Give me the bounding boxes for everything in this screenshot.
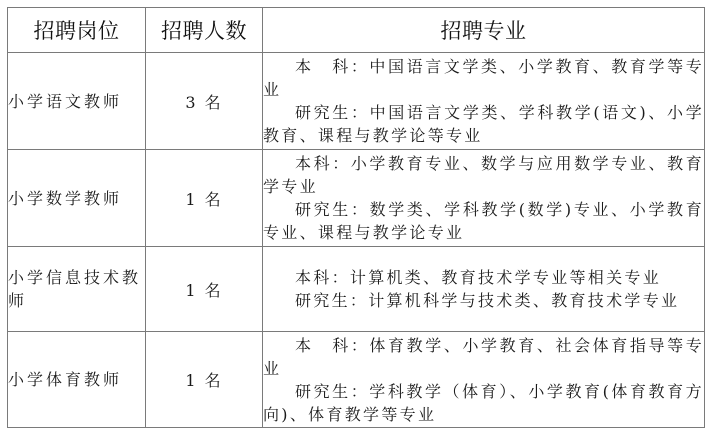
- table-row: 小学体育教师 1 名 本 科：体育教学、小学教育、社会体育指导等专业 研究生：学…: [8, 332, 705, 428]
- position-cell: 小学数学教师: [8, 150, 146, 247]
- major-undergrad: 本 科：体育教学、小学教育、社会体育指导等专业: [263, 334, 704, 380]
- major-graduate: 研究生：计算机科学与技术类、教育技术学专业: [263, 289, 704, 312]
- position-cell: 小学体育教师: [8, 332, 146, 428]
- table-row: 小学数学教师 1 名 本科：小学教育专业、数学与应用数学专业、教育学专业 研究生…: [8, 150, 705, 247]
- count-cell: 1 名: [146, 332, 263, 428]
- position-cell: 小学语文教师: [8, 53, 146, 150]
- header-count: 招聘人数: [146, 8, 263, 53]
- count-cell: 1 名: [146, 247, 263, 332]
- table-row: 小学信息技术教师 1 名 本科：计算机类、教育技术学专业等相关专业 研究生：计算…: [8, 247, 705, 332]
- major-undergrad: 本科：计算机类、教育技术学专业等相关专业: [263, 266, 704, 289]
- major-undergrad: 本 科：中国语言文学类、小学教育、教育学等专业: [263, 55, 704, 101]
- major-cell: 本 科：体育教学、小学教育、社会体育指导等专业 研究生：学科教学（体育）、小学教…: [263, 332, 705, 428]
- table-row: 小学语文教师 3 名 本 科：中国语言文学类、小学教育、教育学等专业 研究生：中…: [8, 53, 705, 150]
- header-major: 招聘专业: [263, 8, 705, 53]
- position-cell: 小学信息技术教师: [8, 247, 146, 332]
- count-cell: 1 名: [146, 150, 263, 247]
- recruitment-table: 招聘岗位 招聘人数 招聘专业 小学语文教师 3 名 本 科：中国语言文学类、小学…: [7, 7, 705, 428]
- header-position: 招聘岗位: [8, 8, 146, 53]
- major-graduate: 研究生：中国语言文学类、学科教学(语文)、小学教育、课程与教学论等专业: [263, 101, 704, 147]
- header-row: 招聘岗位 招聘人数 招聘专业: [8, 8, 705, 53]
- major-cell: 本 科：中国语言文学类、小学教育、教育学等专业 研究生：中国语言文学类、学科教学…: [263, 53, 705, 150]
- major-cell: 本科：计算机类、教育技术学专业等相关专业 研究生：计算机科学与技术类、教育技术学…: [263, 247, 705, 332]
- major-cell: 本科：小学教育专业、数学与应用数学专业、教育学专业 研究生：数学类、学科教学(数…: [263, 150, 705, 247]
- major-graduate: 研究生：数学类、学科教学(数学)专业、小学教育专业、课程与教学论专业: [263, 198, 704, 244]
- major-graduate: 研究生：学科教学（体育）、小学教育(体育教育方向)、体育教学等专业: [263, 380, 704, 426]
- major-undergrad: 本科：小学教育专业、数学与应用数学专业、教育学专业: [263, 152, 704, 198]
- count-cell: 3 名: [146, 53, 263, 150]
